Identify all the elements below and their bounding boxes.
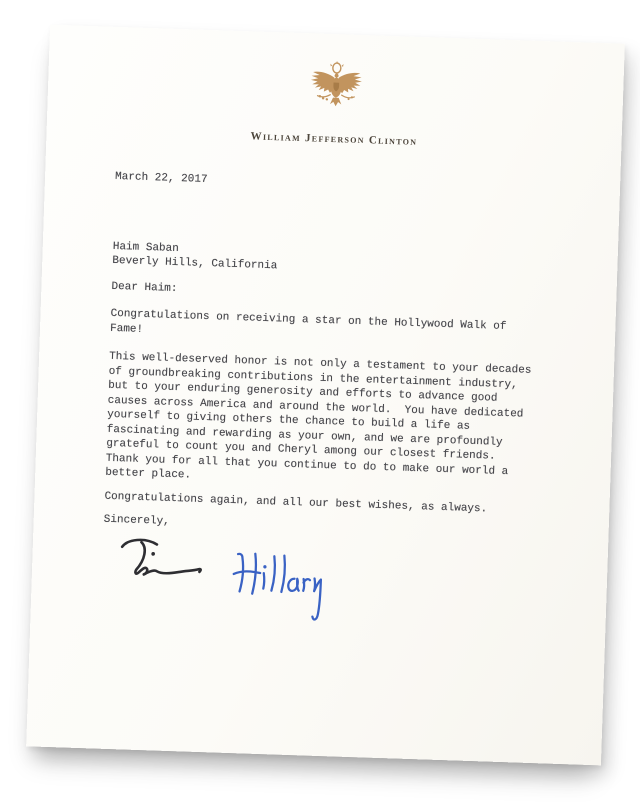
letter-paragraph: Congratulations again, and all our best … [104,489,542,518]
letterhead-name: William Jefferson Clinton [46,124,621,155]
signature-row [100,533,541,633]
letter-paragraph: Congratulations on receiving a star on t… [110,307,549,351]
salutation: Dear Haim: [111,279,549,308]
letter-paragraph: This well-deserved honor is not only a t… [105,350,547,495]
bill-clinton-signature [104,533,210,586]
letter-body: March 22, 2017 Haim Saban Beverly Hills,… [100,170,553,634]
recipient-block: Haim Saban Beverly Hills, California [112,239,551,283]
letterhead: William Jefferson Clinton [46,49,624,155]
letter-paper: William Jefferson Clinton March 22, 2017… [26,25,625,766]
hillary-clinton-signature [229,541,332,626]
date-line: March 22, 2017 [115,170,553,199]
presidential-eagle-seal-icon [302,57,370,123]
photo-background: William Jefferson Clinton March 22, 2017… [0,0,640,802]
